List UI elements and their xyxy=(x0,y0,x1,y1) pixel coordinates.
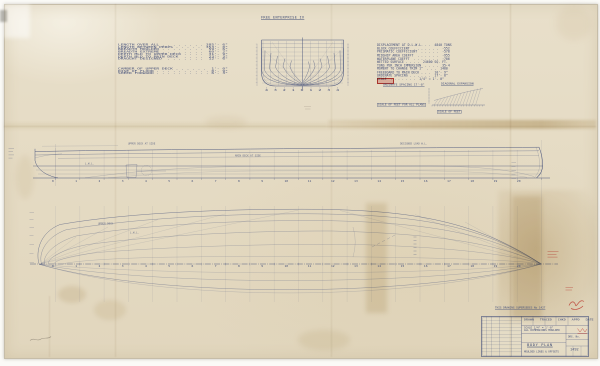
diagonal-expansion-diagram xyxy=(428,88,485,107)
title-block-note: THIS DRAWING SUPERSEDES No 1427 xyxy=(495,307,545,309)
label-designed-load-wl: DESIGNED LOAD W.L. xyxy=(400,143,427,145)
title-block-subtitle: MOULDED LINES & OFFSETS xyxy=(524,351,559,353)
title-block-scale-cell: SCALE 1/4" = 1'-0" ALL DIMENSIONS MOULDE… xyxy=(524,327,560,332)
red-signature-scribble xyxy=(569,301,584,310)
label-lwl-halfbreadth: L.W.L. xyxy=(130,232,139,234)
edge-shadow-blob xyxy=(0,10,7,22)
feet-caption-box: SCALE OF FEET xyxy=(437,110,461,114)
label-upper-deck-at-side: UPPER DECK AT SIDE xyxy=(128,143,155,145)
diagonal-expansion-heading: DIAGONAL EXPANSION xyxy=(441,83,474,86)
label-lwl-profile: L.W.L. xyxy=(85,163,94,165)
label-upper-deck-halfbreadth: UPPER DECK xyxy=(98,223,113,225)
red-note-bow-lower xyxy=(566,288,574,291)
tape-light-patch xyxy=(4,4,30,38)
sheet-title: FREE ENTERPRISE IV xyxy=(261,16,304,19)
title-block-drg-label: DRG. No. xyxy=(568,336,580,338)
pencil-annotations xyxy=(30,107,311,341)
title-block-drg-value: 1492 xyxy=(570,348,579,352)
scanned-lines-plan-sheet: FREE ENTERPRISE IV LENGTH OVER ALL . . .… xyxy=(0,0,600,366)
particulars-table-left-2: CAMBER OF UPPER DECK . . . . . . 1'- 0" … xyxy=(118,68,228,75)
body-plan-station-numbers: 4 3 2 1 0 1 2 3 4 xyxy=(265,89,339,92)
half-breadth-plan xyxy=(30,206,559,302)
ordinate-spacing-heading: ORDINATE SPACING 17'-8" xyxy=(383,84,425,87)
half-breadth-station-numbers: 0 1 2 3 4 5 6 7 8 9 10 11 12 13 14 15 xyxy=(52,265,520,268)
scale-of-feet-box: SCALE OF FEET FOR ALL PLANS xyxy=(377,103,426,107)
title-block-title: BODY PLAN xyxy=(527,344,553,347)
title-block-header-row: DRAWN TRACED CHKD APPD DATE xyxy=(524,319,594,321)
linework-layer xyxy=(0,0,600,366)
red-note-bow-upper xyxy=(548,252,559,258)
particulars-table-right: DISPLACEMENT AT D.L.W.L. . . 4840 TONS B… xyxy=(377,44,452,81)
profile-station-numbers: 0 1 2 3 4 5 6 7 8 9 10 11 12 13 14 15 xyxy=(52,180,520,183)
body-plan xyxy=(256,38,349,90)
particulars-table-left: LENGTH OVER ALL . . . . . . . . 385'- 6"… xyxy=(118,44,228,61)
label-main-deck-at-side: MAIN DECK AT SIDE xyxy=(235,155,261,157)
